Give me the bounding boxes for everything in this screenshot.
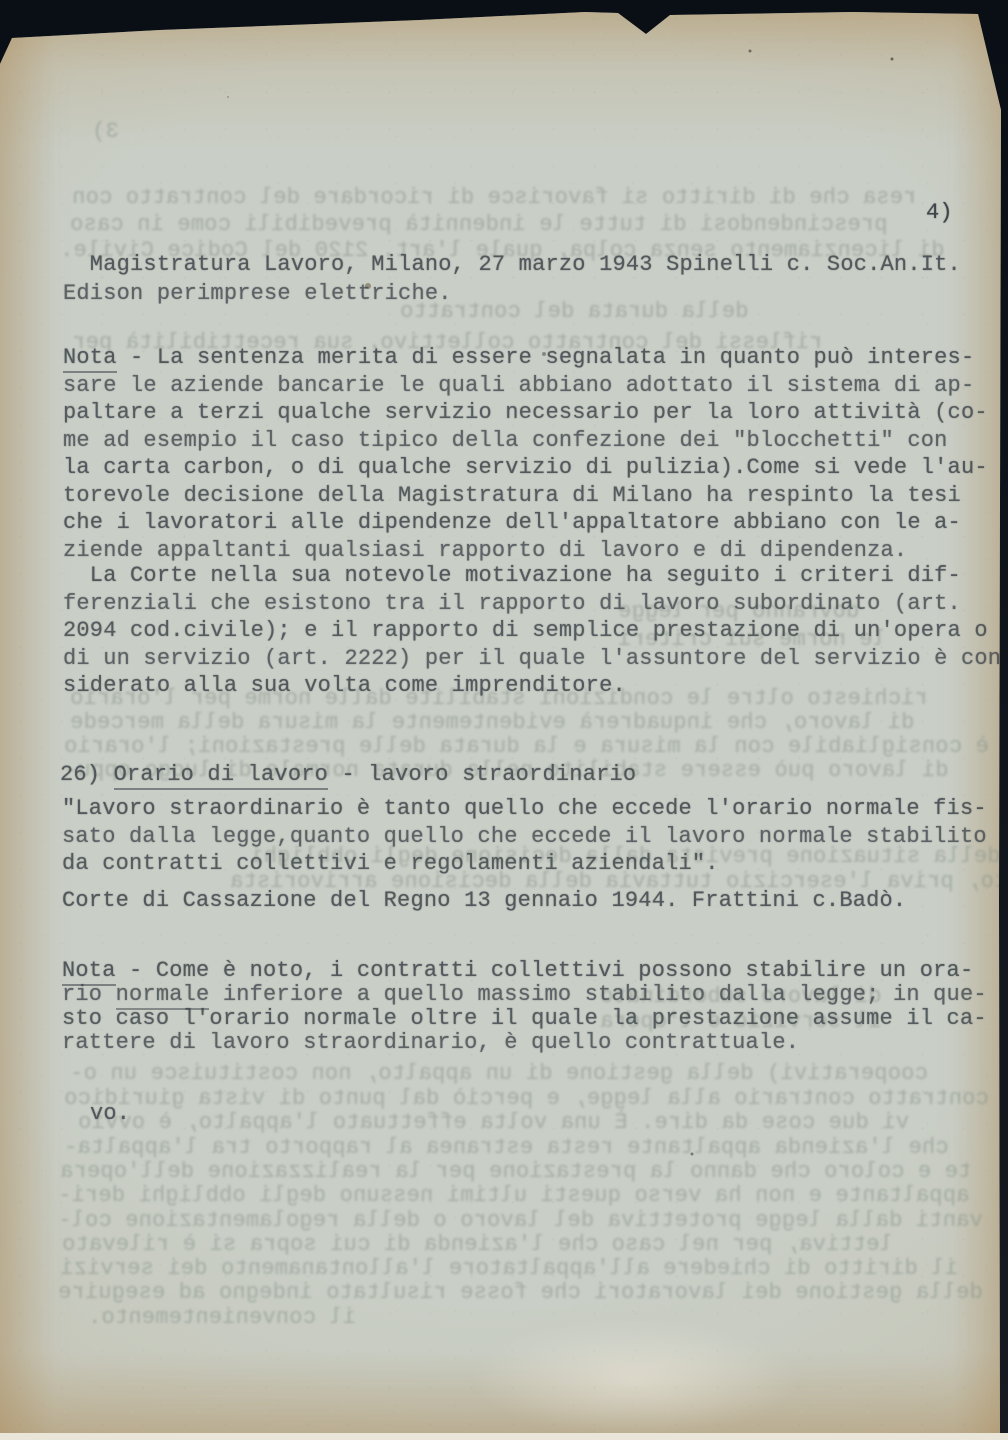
text-line: Magistratura Lavoro, Milano, 27 marzo 19… (63, 250, 961, 279)
text-line: Corte di Cassazione del Regno 13 gennaio… (62, 887, 906, 915)
nota-sentenza: Nota - La sentenza merita di essere segn… (63, 344, 988, 564)
paper-sheet: 3)resa che di diritto si favorisce di ri… (0, 0, 1008, 1440)
nota-contratti: Nota - Come è noto, i contratti colletti… (62, 959, 987, 1055)
text-line: da contratti collettivi e regolamenti az… (62, 850, 987, 878)
text-line: sare le aziende bancarie le quali abbian… (63, 372, 988, 400)
text-line: di un servizio (art. 2222) per il quale … (63, 645, 1008, 673)
text-line: Nota - Come è noto, i contratti colletti… (62, 959, 987, 983)
text-line: torevole decisione della Magistratura di… (63, 482, 988, 510)
cassazione-citation: Corte di Cassazione del Regno 13 gennaio… (62, 887, 906, 915)
text-line: 26) Orario di lavoro - lavoro straordina… (60, 761, 636, 789)
text-line: la carta carbon, o di qualche servizio d… (63, 454, 988, 482)
page-number: 4) (926, 199, 953, 227)
text-line: "Lavoro straordinario è tanto quello che… (62, 795, 987, 823)
case-citation: Magistratura Lavoro, Milano, 27 marzo 19… (63, 250, 961, 308)
text-line: vo. (90, 1102, 130, 1126)
text-line: rattere di lavoro straordinario, è quell… (62, 1031, 987, 1055)
text-line: Edison perimprese elettriche. (63, 279, 961, 308)
scanned-document-page: 3)resa che di diritto si favorisce di ri… (0, 0, 1008, 1440)
typewritten-text-layer: 4) Magistratura Lavoro, Milano, 27 marzo… (0, 0, 1008, 1440)
text-line: Nota - La sentenza merita di essere segn… (63, 344, 988, 372)
text-line: che i lavoratori alle dipendenze dell'ap… (63, 509, 988, 537)
section-heading-26: 26) Orario di lavoro - lavoro straordina… (60, 761, 636, 789)
text-line: rio normale inferiore a quello massimo s… (62, 983, 987, 1007)
text-line: ziende appaltanti qualsiasi rapporto di … (63, 537, 988, 565)
text-line: ferenziali che esistono tra il rapporto … (63, 590, 1008, 618)
orphan-fragment: vo. (90, 1102, 130, 1126)
massima-quote: "Lavoro straordinario è tanto quello che… (62, 795, 987, 878)
paper-speckles (0, 0, 8, 8)
text-line: La Corte nella sua notevole motivazione … (63, 562, 1008, 590)
corte-motivazione: La Corte nella sua notevole motivazione … (63, 562, 1008, 700)
text-line: paltare a terzi qualche servizio necessa… (63, 399, 988, 427)
text-line: 2094 cod.civile); e il rapporto di sempl… (63, 617, 1008, 645)
text-line: siderato alla sua volta come imprenditor… (63, 672, 1008, 700)
text-line: sto caso l'orario normale oltre il quale… (62, 1007, 987, 1031)
text-line: sato dalla legge,quanto quello che ecced… (62, 823, 987, 851)
scan-bed-strip (0, 1433, 1008, 1440)
text-line: me ad esempio il caso tipico della confe… (63, 427, 988, 455)
